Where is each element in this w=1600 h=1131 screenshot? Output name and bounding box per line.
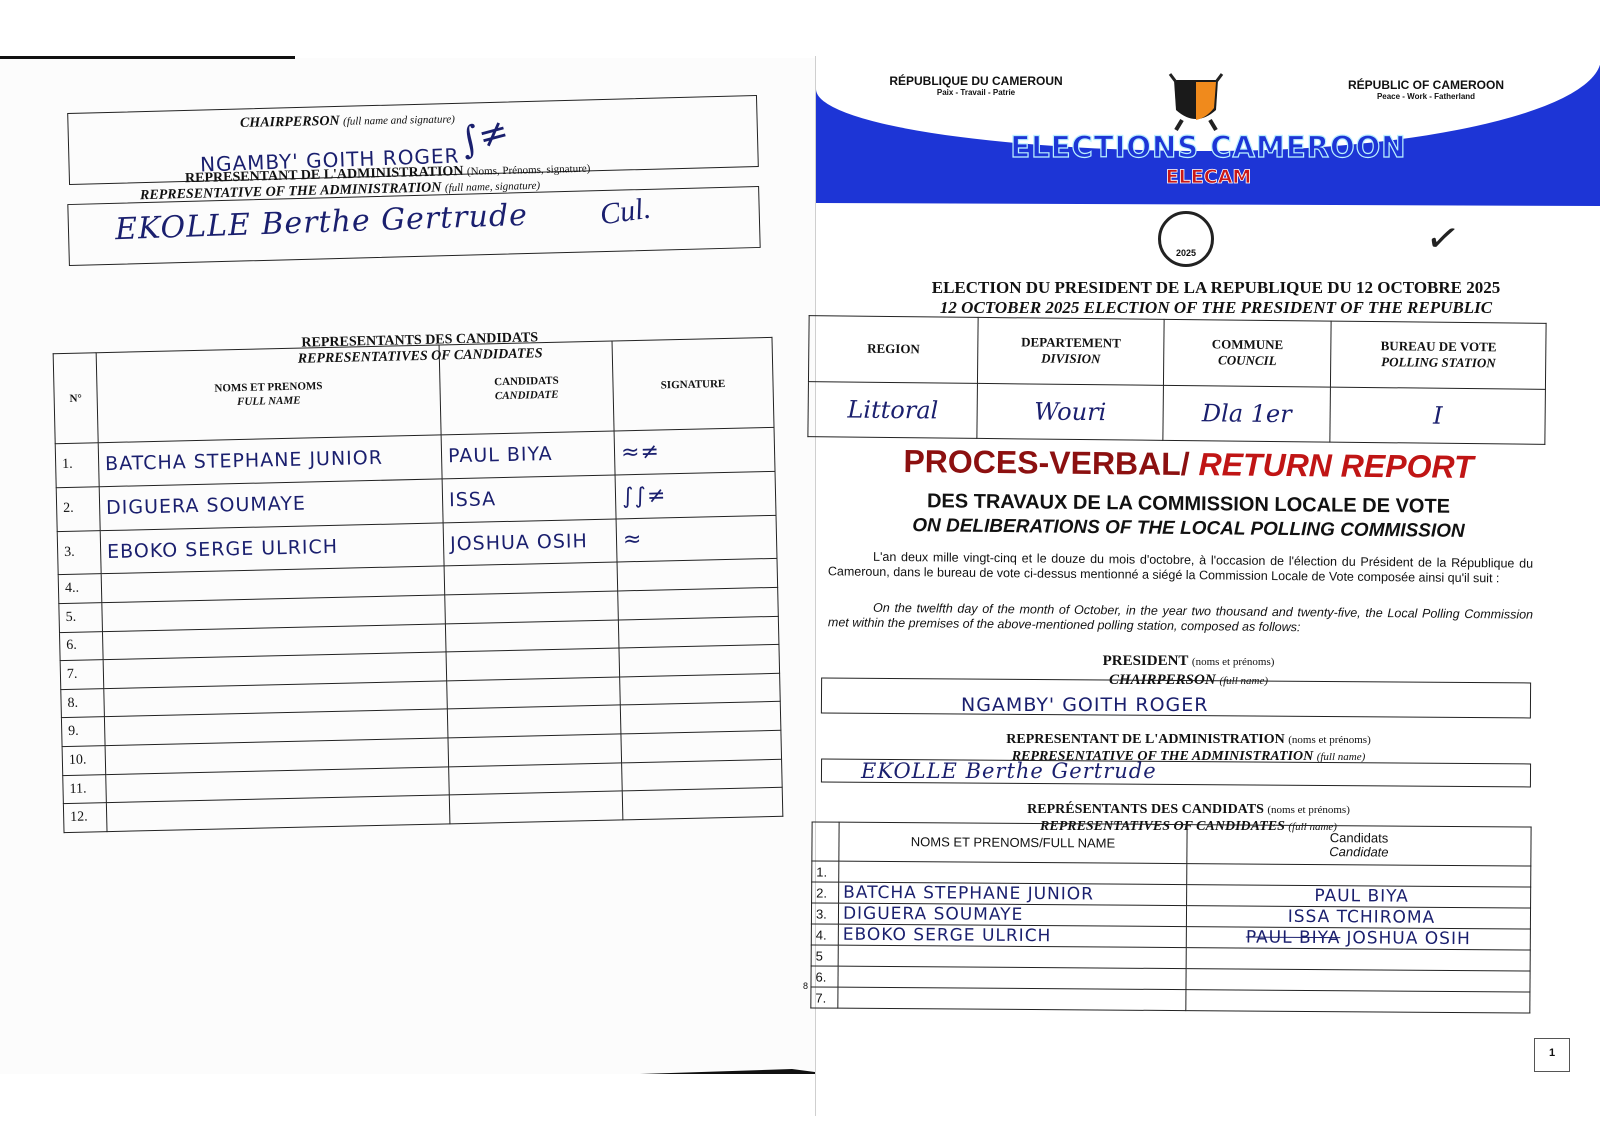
signature-cell[interactable] — [620, 673, 781, 705]
right-page: RÉPUBLIQUE DU CAMEROUNPaix - Travail - P… — [815, 56, 1600, 1116]
election-title-en: 12 OCTOBER 2025 ELECTION OF THE PRESIDEN… — [856, 298, 1576, 318]
intro-paragraph-fr: L'an deux mille vingt-cinq et le douze d… — [828, 549, 1533, 586]
president-name: NGAMBY' GOITH ROGER — [961, 694, 1209, 716]
header-candidate: CANDIDATSCANDIDATE — [439, 341, 614, 435]
row-number: 4. — [811, 924, 838, 945]
row-number: 3. — [57, 530, 101, 575]
header-num: N° — [53, 353, 98, 444]
election-title-fr: ELECTION DU PRESIDENT DE LA REPUBLIQUE D… — [856, 278, 1576, 298]
row-number: 9. — [61, 717, 105, 747]
candidate-cell[interactable]: PAUL BIYAJOSHUA OSIH — [1186, 927, 1530, 950]
candidate-cell[interactable] — [447, 677, 621, 710]
row-number: 3. — [811, 903, 838, 924]
signature-cell[interactable]: ≈≠ — [614, 427, 775, 474]
report-title: PROCES-VERBAL/ RETURN REPORT — [816, 442, 1561, 487]
seal-2025-icon: 2025 — [1158, 211, 1214, 267]
rep-name-cell[interactable]: BATCHA STEPHANE JUNIOR — [839, 882, 1187, 905]
candidate-cell[interactable] — [448, 734, 622, 767]
rep-name-cell[interactable] — [838, 987, 1186, 1010]
header-num — [812, 822, 839, 861]
row-number: 2. — [812, 882, 839, 903]
signature-cell[interactable] — [618, 616, 779, 648]
location-value[interactable]: Littoral — [808, 381, 978, 438]
location-header: REGION — [808, 316, 978, 383]
row-number: 7. — [811, 987, 838, 1008]
candidates-reps-table: N° NOMS ET PRENOMSFULL NAME CANDIDATSCAN… — [53, 337, 784, 833]
candidate-cell[interactable] — [1186, 969, 1530, 992]
candidate-cell[interactable]: PAUL BIYA — [1187, 885, 1531, 908]
rep-name-cell[interactable]: DIGUERA SOUMAYE — [99, 479, 443, 531]
page-edge-shadow — [0, 56, 295, 59]
row-number: 10. — [62, 746, 106, 776]
candidate-cell[interactable] — [445, 620, 619, 653]
candidate-cell[interactable] — [449, 791, 623, 824]
republic-fr: RÉPUBLIQUE DU CAMEROUNPaix - Travail - P… — [876, 74, 1076, 97]
table-row: 7. — [811, 987, 1530, 1013]
coat-of-arms-icon — [1166, 70, 1226, 132]
administration-name: EKOLLE Berthe Gertrude — [861, 759, 1157, 783]
candidate-cell[interactable]: ISSA TCHIROMA — [1186, 906, 1530, 929]
signature-cell[interactable] — [622, 788, 783, 820]
candidate-cell[interactable] — [1187, 864, 1531, 887]
location-header: BUREAU DE VOTEPOLLING STATION — [1331, 321, 1546, 389]
candidate-cell[interactable]: JOSHUA OSIH — [443, 519, 617, 567]
location-value[interactable]: I — [1330, 387, 1545, 445]
candidate-cell[interactable] — [446, 648, 620, 681]
candidate-cell[interactable] — [444, 562, 618, 595]
row-number: 5 — [811, 945, 838, 966]
row-number: 5. — [59, 603, 103, 633]
row-number: 8. — [61, 688, 105, 718]
signature-cell[interactable] — [622, 759, 783, 791]
row-number: 11. — [63, 774, 107, 804]
header-signature: SIGNATURE — [612, 337, 774, 431]
intro-paragraph-en: On the twelfth day of the month of Octob… — [828, 600, 1533, 637]
check-mark-icon: ✓ — [1422, 213, 1463, 264]
rep-name-cell[interactable] — [838, 945, 1186, 968]
candidate-cell[interactable] — [449, 763, 623, 796]
candidate-cell[interactable] — [447, 705, 621, 738]
row-number: 1. — [812, 861, 839, 882]
rep-name-cell[interactable] — [838, 966, 1186, 989]
signature-cell[interactable] — [617, 559, 778, 591]
candidates-reps-table: NOMS ET PRENOMS/FULL NAME CandidatsCandi… — [810, 821, 1531, 1004]
location-header: DEPARTEMENTDIVISION — [978, 317, 1164, 384]
header-name: NOMS ET PRENOMSFULL NAME — [96, 345, 441, 443]
rep-name-cell[interactable]: EBOKO SERGE ULRICH — [100, 522, 444, 574]
location-header: COMMUNECOUNCIL — [1163, 319, 1331, 386]
signature-cell[interactable]: ≈ — [616, 515, 777, 562]
republic-en: RÉPUBLIC OF CAMEROONPeace - Work - Fathe… — [1326, 78, 1526, 101]
candidate-cell[interactable] — [1186, 990, 1530, 1013]
candidate-cell[interactable]: PAUL BIYA — [441, 431, 615, 479]
candidates-reps-label-fr: REPRÉSENTANTS DES CANDIDATS (noms et pré… — [816, 802, 1561, 818]
location-value[interactable]: Dla 1er — [1163, 385, 1331, 442]
president-label-fr: PRESIDENT (noms et prénoms) — [816, 653, 1561, 670]
org-acronym: ELECAM — [816, 166, 1600, 188]
candidate-cell[interactable]: ISSA — [442, 475, 616, 523]
header-name: NOMS ET PRENOMS/FULL NAME — [839, 822, 1187, 863]
row-number: 6. — [811, 966, 838, 987]
candidate-cell[interactable] — [445, 591, 619, 624]
row-number: 1. — [55, 443, 99, 488]
row-number: 4.. — [58, 574, 102, 604]
rep-name-cell[interactable] — [839, 861, 1187, 884]
signature-cell[interactable] — [621, 730, 782, 762]
row-number: 2. — [56, 486, 100, 531]
header-candidate: CandidatsCandidate — [1187, 825, 1531, 866]
row-number: 7. — [60, 660, 104, 690]
signature-cell[interactable] — [619, 645, 780, 677]
rep-name-cell[interactable]: BATCHA STEPHANE JUNIOR — [98, 435, 442, 487]
location-table: REGIONDEPARTEMENTDIVISIONCOMMUNECOUNCILB… — [807, 315, 1546, 445]
row-number: 12. — [63, 803, 107, 833]
location-value[interactable]: Wouri — [977, 383, 1163, 440]
signature-cell[interactable]: ∫∫≠ — [615, 471, 776, 518]
administration-label-fr: REPRESENTANT DE L'ADMINISTRATION (noms e… — [816, 732, 1561, 748]
rep-name-cell[interactable]: EBOKO SERGE ULRICH — [838, 924, 1186, 947]
page-number: 8 — [803, 981, 808, 991]
page-number-tab: 1 — [1534, 1038, 1570, 1072]
rep-name-cell[interactable]: DIGUERA SOUMAYE — [838, 903, 1186, 926]
signature-cell[interactable] — [618, 587, 779, 619]
candidate-cell[interactable] — [1186, 948, 1530, 971]
row-number: 6. — [59, 631, 103, 661]
administration-signature: Cul. — [598, 192, 653, 233]
signature-cell[interactable] — [620, 702, 781, 734]
org-name: ELECTIONS CAMEROON — [816, 130, 1600, 164]
